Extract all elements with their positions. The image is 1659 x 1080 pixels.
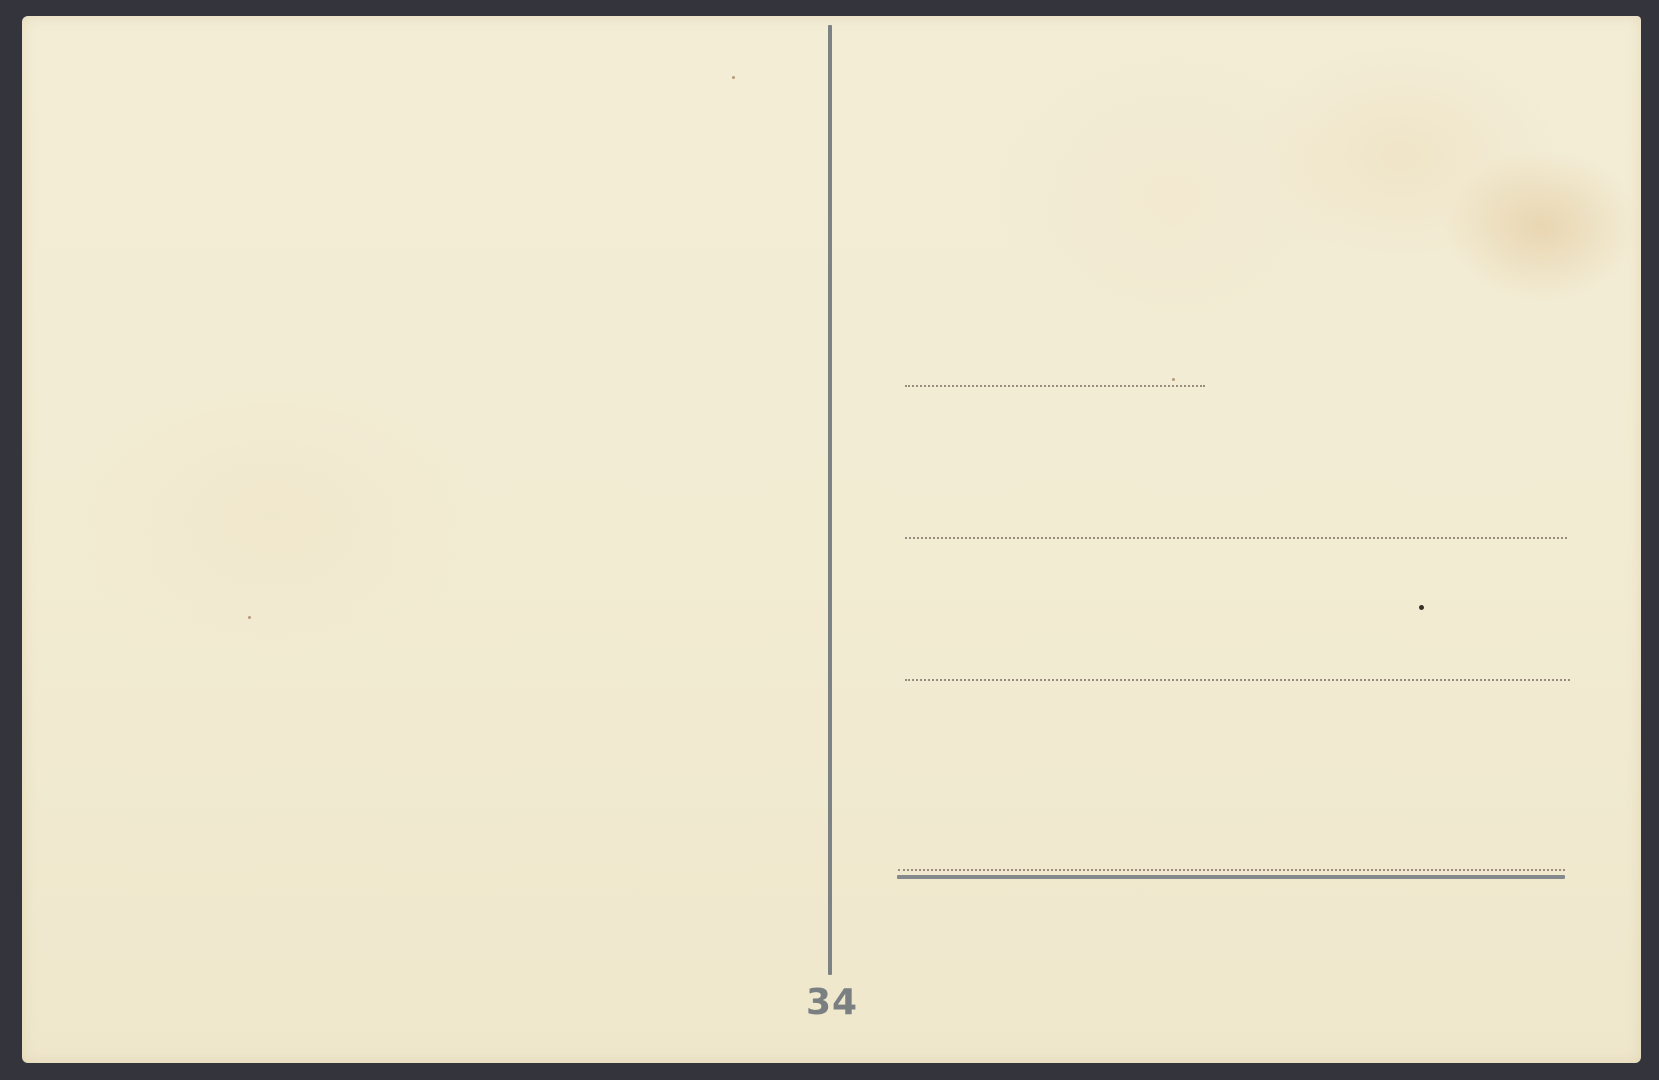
- card-number: 34: [797, 982, 867, 1023]
- center-divider-line: [828, 25, 832, 975]
- address-line-2: [905, 537, 1567, 539]
- paper-speck: [248, 616, 251, 619]
- postcard-back: 34: [22, 16, 1641, 1063]
- paper-speck: [732, 76, 735, 79]
- address-line-3: [905, 679, 1570, 681]
- paper-speck: [1419, 605, 1424, 610]
- paper-speck: [1172, 378, 1175, 381]
- address-line-1: [905, 385, 1205, 387]
- address-line-4: [898, 869, 1565, 871]
- address-underline: [897, 875, 1565, 879]
